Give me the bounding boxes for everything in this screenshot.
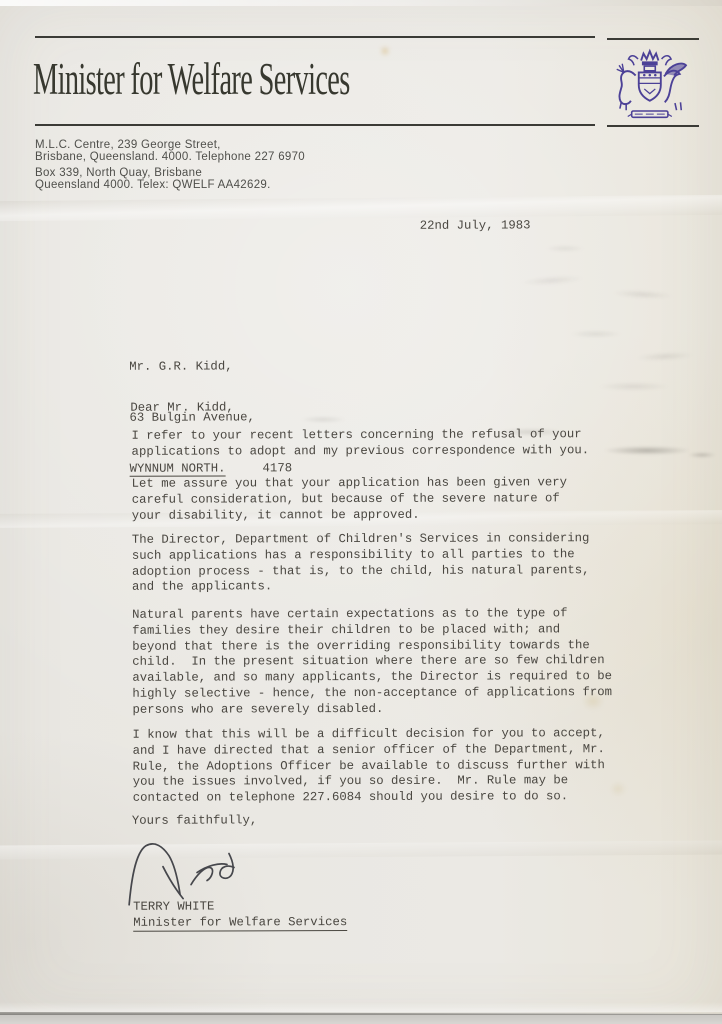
scanned-letter-page: Minister for Welfare Services [0, 0, 722, 1024]
recipient-city: WYNNUM NORTH. [130, 461, 226, 476]
typed-letter-body: 22nd July, 1983 Mr. G.R. Kidd, 63 Bulgin… [0, 0, 722, 1024]
signatory-title: Minister for Welfare Services [133, 915, 347, 932]
body-paragraph-5: I know that this will be a difficult dec… [133, 726, 693, 807]
closing-salutation: Yours faithfully, [132, 813, 258, 829]
signatory-name: TERRY WHITE [133, 900, 214, 916]
recipient-name: Mr. G.R. Kidd, [129, 358, 292, 376]
recipient-postcode: 4178 [263, 461, 293, 475]
body-paragraph-3: The Director, Department of Children's S… [132, 531, 677, 596]
body-paragraph-4: Natural parents have certain expectation… [132, 606, 692, 719]
recipient-city-line: WYNNUM NORTH.4178 [130, 460, 293, 478]
body-paragraph-1: I refer to your recent letters concernin… [131, 427, 676, 460]
body-paragraph-2: Let me assure you that your application … [132, 475, 677, 524]
salutation: Dear Mr. Kidd, [130, 400, 233, 416]
letter-date: 22nd July, 1983 [420, 218, 531, 234]
scan-background [0, 1015, 722, 1024]
paper-bottom-highlight [0, 1002, 722, 1012]
